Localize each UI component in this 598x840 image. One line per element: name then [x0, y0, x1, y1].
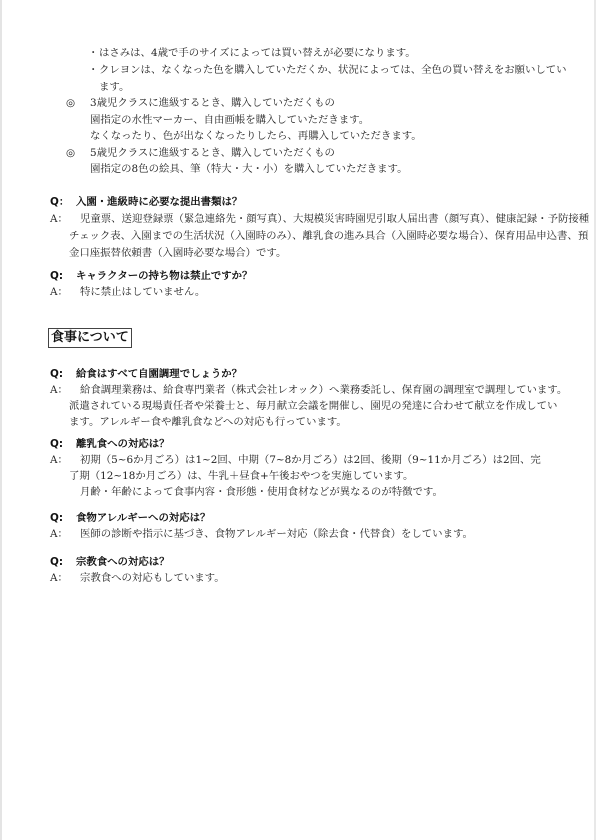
section-title-meals: 食事について: [48, 328, 132, 348]
item-line: 園指定の8色の絵具、筆（特大・大・小）を購入していただきます。: [90, 162, 408, 178]
answer-line: 児童票、送迎登録票（緊急連絡先・顔写真）、大規模災害時園児引取人届出書（顔写真）…: [80, 212, 589, 228]
answer-line: 宗教食への対応もしています。: [80, 571, 225, 587]
question-label: Q:: [50, 555, 63, 571]
question-label: Q：: [50, 195, 69, 211]
bullet-marker: ・: [88, 63, 98, 79]
answer-line: 派遣されている現場責任者や栄養士と、毎月献立会議を開催し、園児の発達に合わせて献…: [69, 399, 557, 415]
bullet-text-crayons-cont: ます。: [99, 80, 129, 96]
bullet-text-scissors: はさみは、4歳で手のサイズによっては買い替えが必要になります。: [99, 46, 416, 62]
answer-line: チェック表、入園までの生活状況（入園時のみ）、離乳食の進み具合（入園時必要な場合…: [69, 229, 588, 245]
item-line: なくなったり、色が出なくなったりしたら、再購入していただきます。: [90, 129, 422, 145]
bullet-marker: ・: [88, 46, 98, 62]
item-heading-5yo: 5歳児クラスに進級するとき、購入していただくもの: [90, 146, 335, 162]
document-page: ・ はさみは、4歳で手のサイズによっては買い替えが必要になります。 ・ クレヨン…: [0, 0, 596, 840]
question-religious-food: 宗教食への対応は？: [76, 555, 170, 571]
answer-line: 特に禁止はしていません。: [80, 285, 205, 301]
question-baby-food: 離乳食への対応は？: [76, 437, 170, 453]
answer-label: A：: [50, 212, 68, 228]
answer-line: 了期（12~18か月ごろ）は、牛乳＋昼食+午後おやつを実施しています。: [69, 469, 413, 485]
answer-line: 月齢・年齢によって食事内容・食形態・使用食材などが異なるのが特徴です。: [80, 485, 443, 501]
question-required-documents: 入園・進級時に必要な提出書類は？: [76, 195, 242, 211]
question-food-allergy: 食物アレルギーへの対応は？: [76, 511, 210, 527]
question-label: Q:: [50, 437, 63, 453]
question-label: Q:: [50, 269, 63, 285]
answer-label: A：: [50, 571, 68, 587]
answer-line: 医師の診断や指示に基づき、食物アレルギー対応（除去食・代替食）をしています。: [80, 527, 473, 543]
answer-label: A：: [50, 453, 68, 469]
answer-label: A：: [50, 285, 68, 301]
bullet-text-crayons: クレヨンは、なくなった色を購入していただくか、状況によっては、全色の買い替えをお…: [99, 63, 567, 79]
double-circle-marker: ◎: [66, 96, 80, 112]
answer-line: 金口座振替依頼書（入園時必要な場合）です。: [69, 246, 286, 262]
question-in-house-cooking: 給食はすべて自園調理でしょうか？: [76, 367, 242, 383]
answer-line: 給食調理業務は、給食専門業者（株式会社レオック）へ業務委託し、保育園の調理室で調…: [80, 383, 567, 399]
double-circle-marker: ◎: [66, 146, 80, 162]
answer-label: A：: [50, 527, 68, 543]
question-character-items: キャラクターの持ち物は禁止ですか？: [76, 269, 252, 285]
question-label: Q:: [50, 367, 63, 383]
answer-line: ます。アレルギー食や離乳食などへの対応も行っています。: [69, 415, 347, 431]
answer-label: A：: [50, 383, 68, 399]
item-line: 園指定の水性マーカー、自由画帳を購入していただきます。: [90, 113, 369, 129]
question-label: Q:: [50, 511, 63, 527]
item-heading-3yo: 3歳児クラスに進級するとき、購入していただくもの: [90, 96, 335, 112]
answer-line: 初期（5~6か月ごろ）は1~2回、中期（7~8か月ごろ）は2回、後期（9~11か…: [80, 453, 541, 469]
